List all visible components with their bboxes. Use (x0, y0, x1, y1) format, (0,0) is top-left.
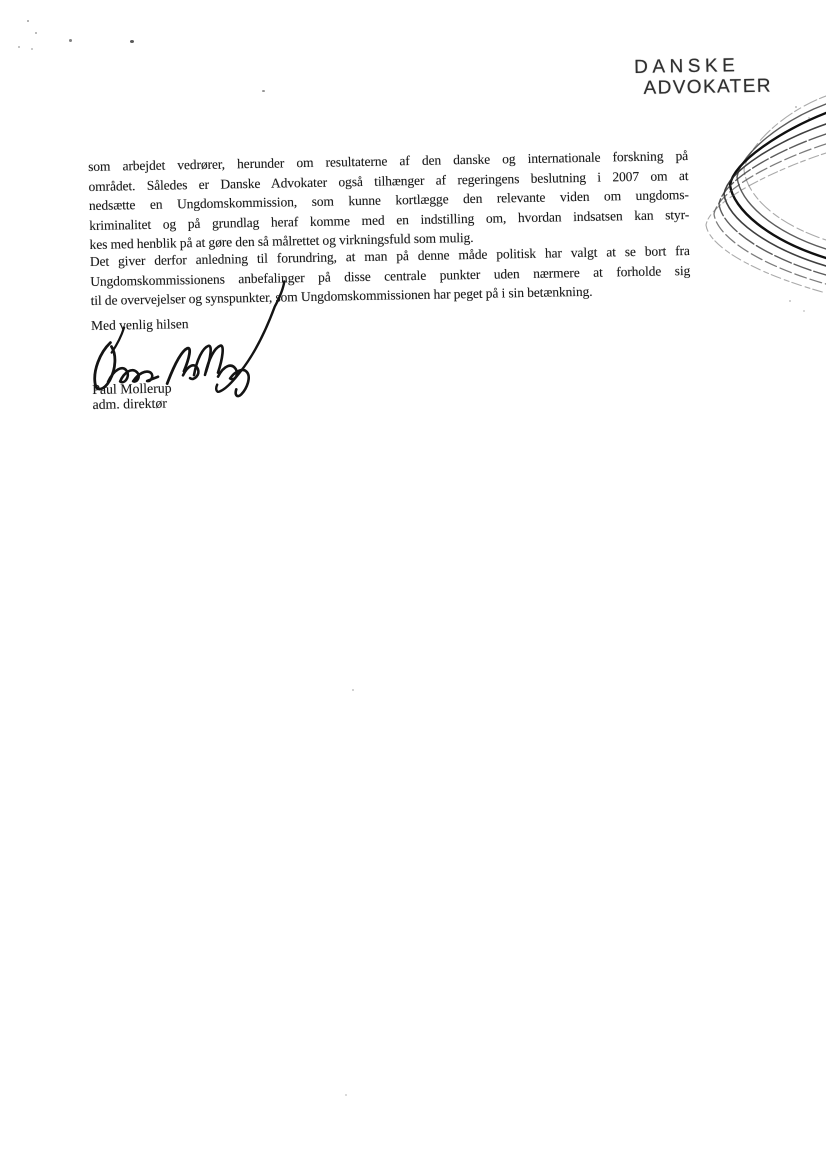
paragraph-1: som arbejdet vedrører, herunder om resul… (88, 146, 690, 255)
scan-speck (262, 90, 265, 92)
scan-speck (31, 48, 33, 50)
scan-speck (27, 20, 29, 22)
scan-speck (352, 689, 354, 691)
scan-speck (345, 1094, 347, 1096)
letter-body: som arbejdet vedrører, herunder om resul… (88, 146, 693, 437)
scan-speck (35, 32, 37, 34)
scan-speck (69, 39, 72, 42)
scanned-letter-page: DANSKE ADVOKATER som arbejdet vedrører, … (0, 0, 826, 1169)
scan-speck (808, 117, 810, 119)
scan-speck (130, 40, 134, 43)
scan-speck (803, 310, 805, 312)
scan-speck (789, 300, 791, 302)
scan-speck (795, 106, 797, 108)
scan-speck (18, 46, 20, 48)
signatory-title: adm. direktør (92, 396, 167, 413)
logo-line-1: DANSKE (634, 55, 772, 78)
